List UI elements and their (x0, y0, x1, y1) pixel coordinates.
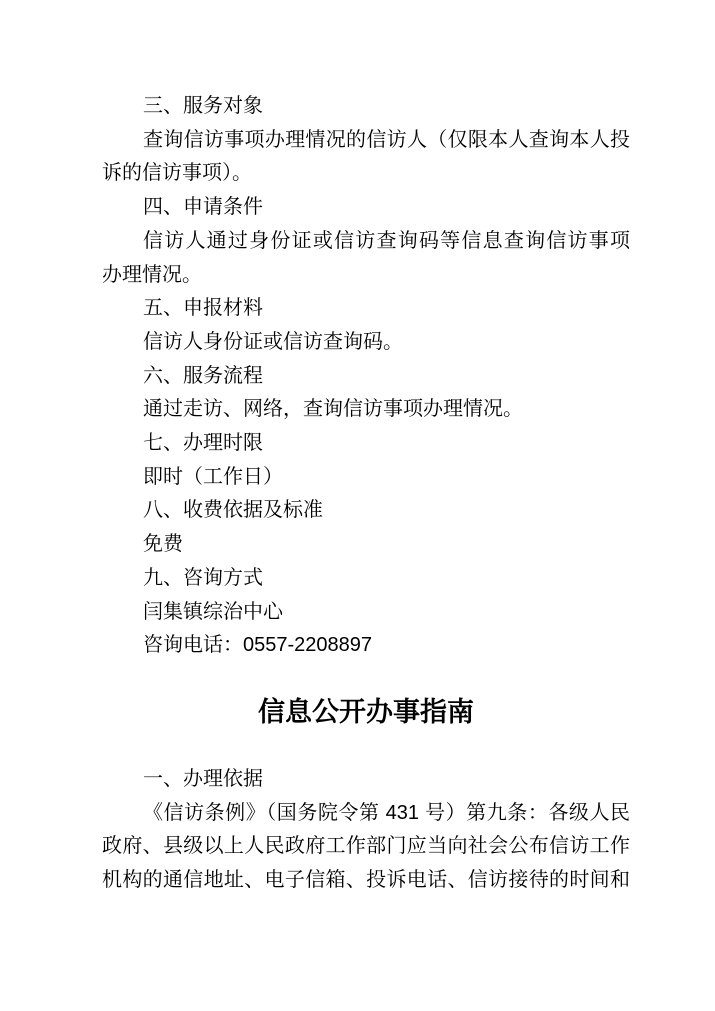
document-content: 三、服务对象 查询信访事项办理情况的信访人（仅限本人查询本人投 诉的信访事项）。… (102, 90, 630, 898)
text-line-office: 闫集镇综治中心 (102, 596, 630, 630)
text-line: 通过走访、网络，查询信访事项办理情况。 (102, 393, 630, 427)
section-heading-fee-standard: 八、收费依据及标准 (102, 494, 630, 528)
section-heading-service-target: 三、服务对象 (102, 90, 630, 124)
text-line: 免费 (102, 528, 630, 562)
section-heading-application-materials: 五、申报材料 (102, 292, 630, 326)
section-heading-legal-basis: 一、办理依据 (102, 763, 630, 797)
document-page: 三、服务对象 查询信访事项办理情况的信访人（仅限本人查询本人投 诉的信访事项）。… (0, 0, 715, 1011)
text-line: 政府、县级以上人民政府工作部门应当向社会公布信访工作 (102, 830, 630, 864)
section-heading-service-process: 六、服务流程 (102, 360, 630, 394)
text-line: 信访人通过身份证或信访查询码等信息查询信访事项 (102, 225, 630, 259)
text-line: 信访人身份证或信访查询码。 (102, 326, 630, 360)
text-line: 办理情况。 (102, 259, 630, 293)
page-title: 信息公开办事指南 (102, 689, 630, 735)
section-heading-processing-time: 七、办理时限 (102, 427, 630, 461)
text-line: 查询信访事项办理情况的信访人（仅限本人查询本人投 (102, 124, 630, 158)
section-heading-consultation: 九、咨询方式 (102, 562, 630, 596)
text-line: 机构的通信地址、电子信箱、投诉电话、信访接待的时间和 (102, 864, 630, 898)
text-line: 诉的信访事项）。 (102, 157, 630, 191)
text-line-phone: 咨询电话：0557-2208897 (102, 629, 630, 663)
text-line: 《信访条例》（国务院令第 431 号）第九条：各级人民 (102, 797, 630, 831)
section-heading-application-conditions: 四、申请条件 (102, 191, 630, 225)
text-line: 即时（工作日） (102, 461, 630, 495)
